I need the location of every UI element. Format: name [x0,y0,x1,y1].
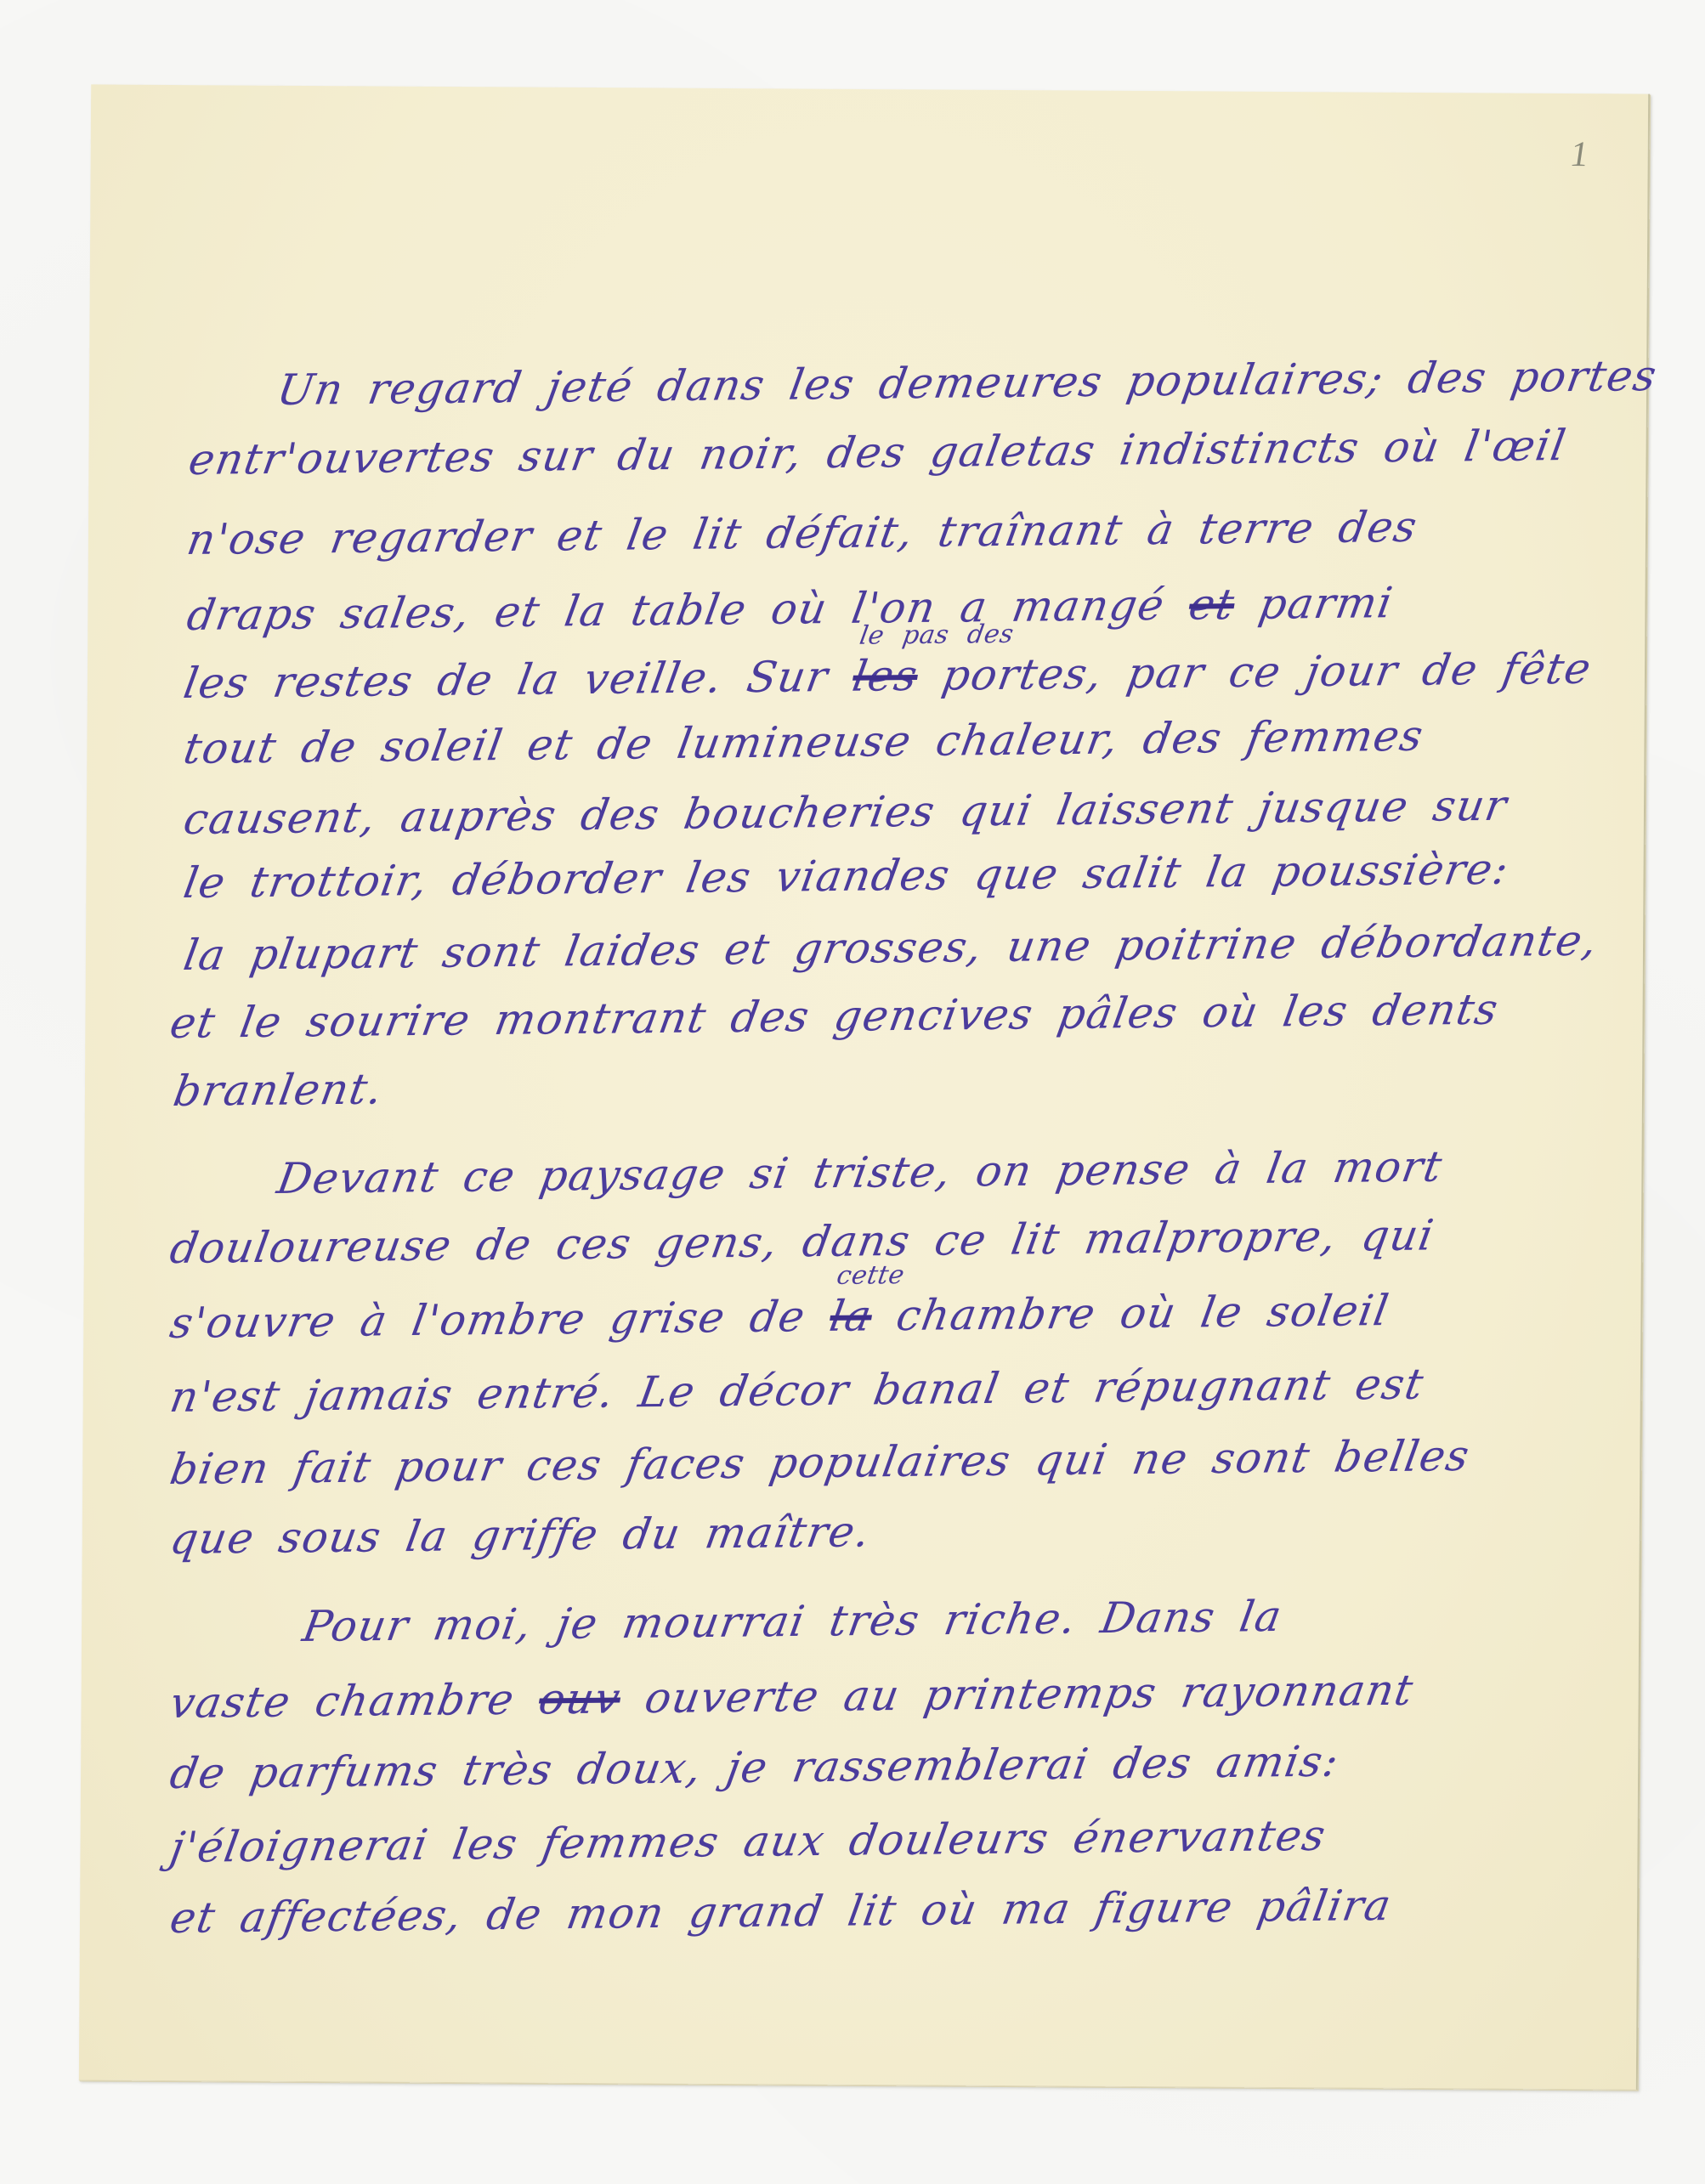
line-14-text: s'ouvre à l'ombre grise de [167,1292,809,1348]
line-4-text: draps sales, et la table où l'on a mangé [184,580,1169,640]
manuscript-line-11: branlent. [170,1064,387,1116]
deletion: et [1186,580,1238,630]
line-5-continuation: portes, par ce jour de fête [938,644,1595,700]
manuscript-line-17: que sous la griffe du maître. [167,1507,875,1564]
insertion-group: le pas des les [849,651,922,701]
line-14-continuation: chambre où le soleil [892,1286,1392,1340]
line-19-continuation: ouverte au printemps rayonnant [642,1666,1418,1723]
line-5-text: les restes de la veille. Sur [180,652,832,708]
page-number: 1 [1567,134,1591,175]
line-4-continuation: parmi [1255,578,1397,629]
interlinear-insertion: cette [835,1260,907,1291]
interlinear-insertion: le pas des [858,620,1016,651]
deletion: les [849,651,922,701]
insertion-group: cette la [826,1291,876,1341]
deletion: ouv [535,1673,625,1723]
manuscript-line-18: Pour moi, je mourrai très riche. Dans la [299,1592,1286,1651]
deletion: la [826,1291,876,1341]
line-19-text: vaste chambre [167,1675,518,1728]
